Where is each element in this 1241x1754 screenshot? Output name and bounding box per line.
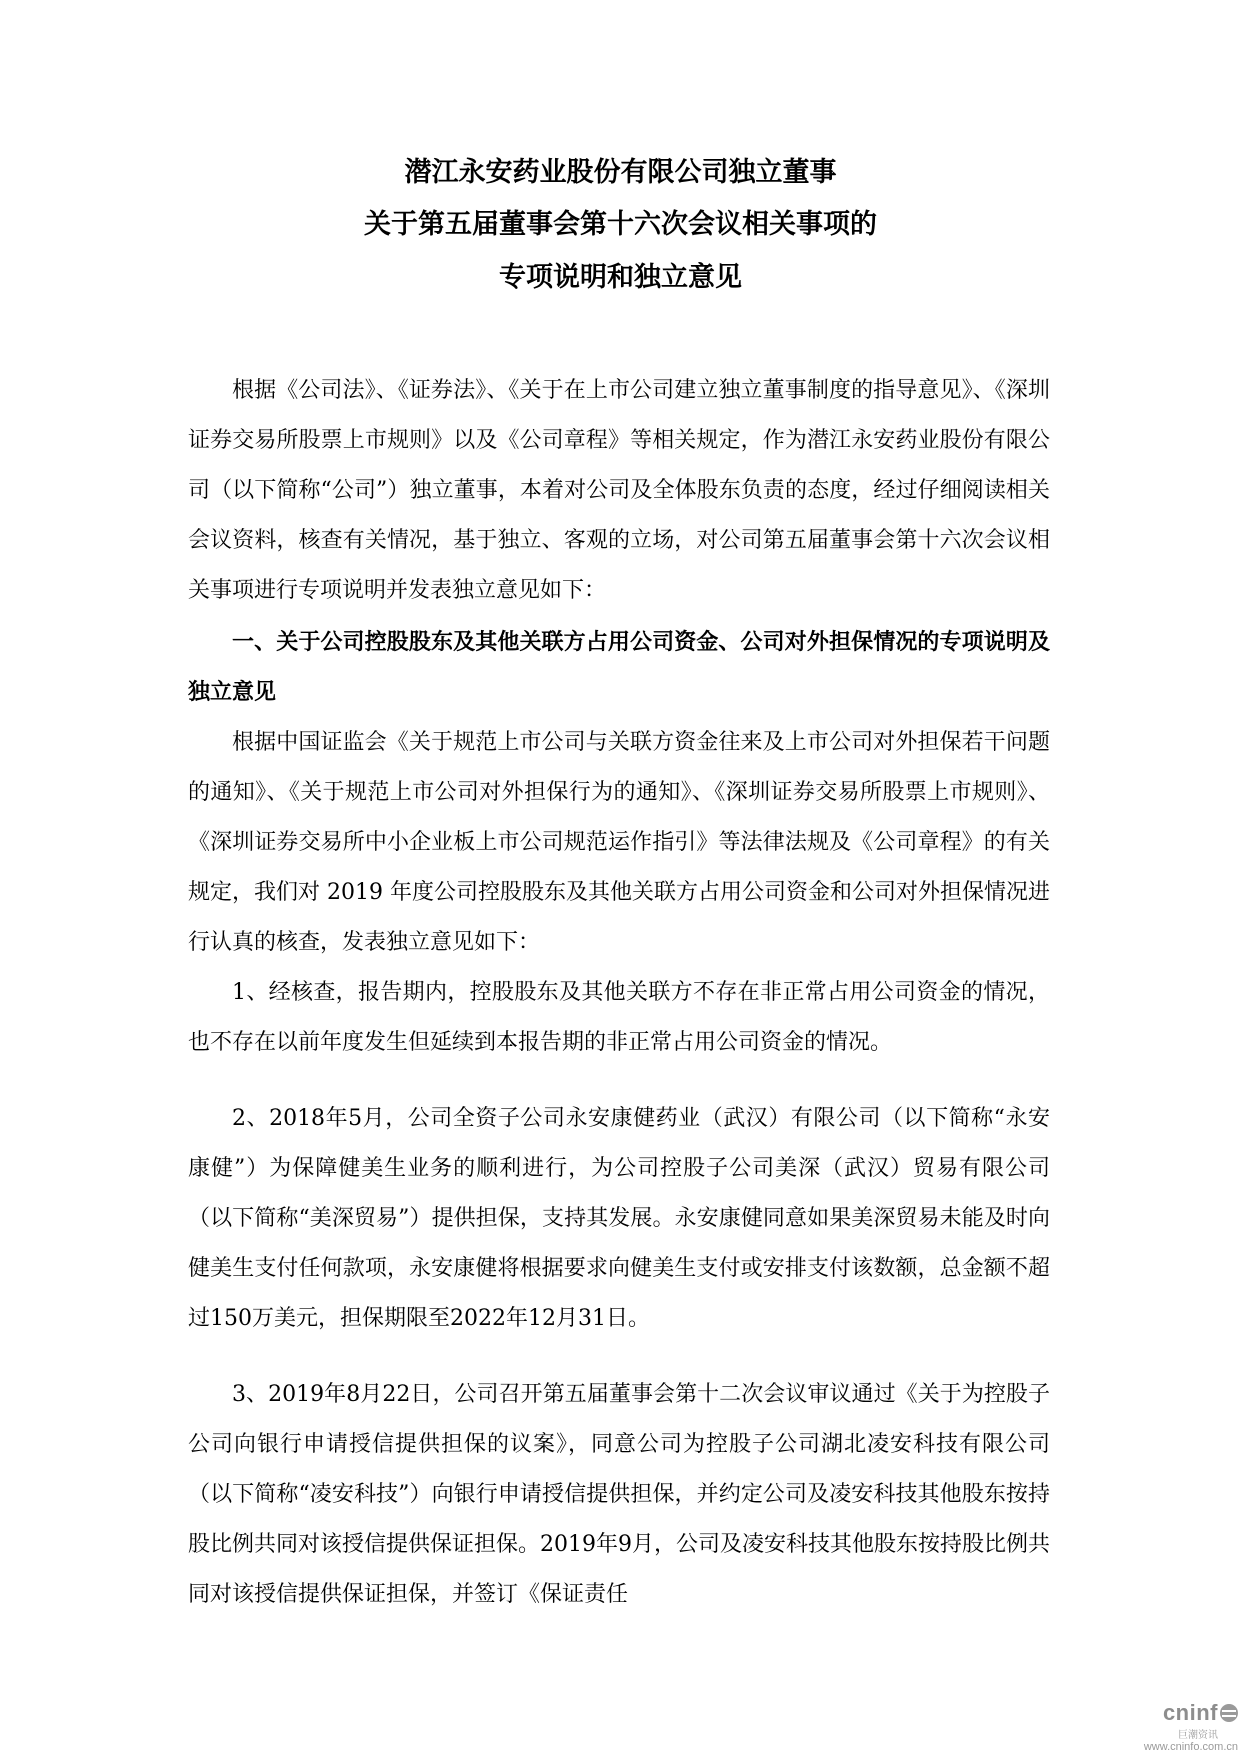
item-2-paragraph: 2、2018年5月，公司全资子公司永安康健药业（武汉）有限公司（以下简称“永安康… [188,1094,1050,1344]
cninfo-watermark: cninf 巨潮资讯 www.cninfo.com.cn [1118,1700,1238,1753]
document-title-line-2: 关于第五届董事会第十六次会议相关事项的 [0,202,1241,241]
intro-paragraph: 根据《公司法》、《证券法》、《关于在上市公司建立独立董事制度的指导意见》、《深圳… [188,366,1050,616]
cninfo-url: www.cninfo.com.cn [1118,1741,1238,1753]
section-1-intro-paragraph: 根据中国证监会《关于规范上市公司与关联方资金往来及上市公司对外担保若干问题的通知… [188,718,1050,968]
cninfo-logo: cninf [1118,1700,1238,1726]
item-1-paragraph: 1、经核查，报告期内，控股股东及其他关联方不存在非正常占用公司资金的情况，也不存… [188,968,1050,1068]
cninfo-logo-text: cninf [1163,1700,1218,1725]
item-3-paragraph: 3、2019年8月22日，公司召开第五届董事会第十二次会议审议通过《关于为控股子… [188,1370,1050,1620]
cninfo-chinese-name: 巨潮资讯 [1118,1726,1218,1741]
cninfo-swirl-icon [1220,1704,1238,1722]
section-1-heading: 一、关于公司控股股东及其他关联方占用公司资金、公司对外担保情况的专项说明及独立意… [188,618,1050,718]
document-body: 根据《公司法》、《证券法》、《关于在上市公司建立独立董事制度的指导意见》、《深圳… [188,366,1050,1620]
document-title-line-1: 潜江永安药业股份有限公司独立董事 [0,150,1241,189]
document-title-line-3: 专项说明和独立意见 [0,255,1241,294]
